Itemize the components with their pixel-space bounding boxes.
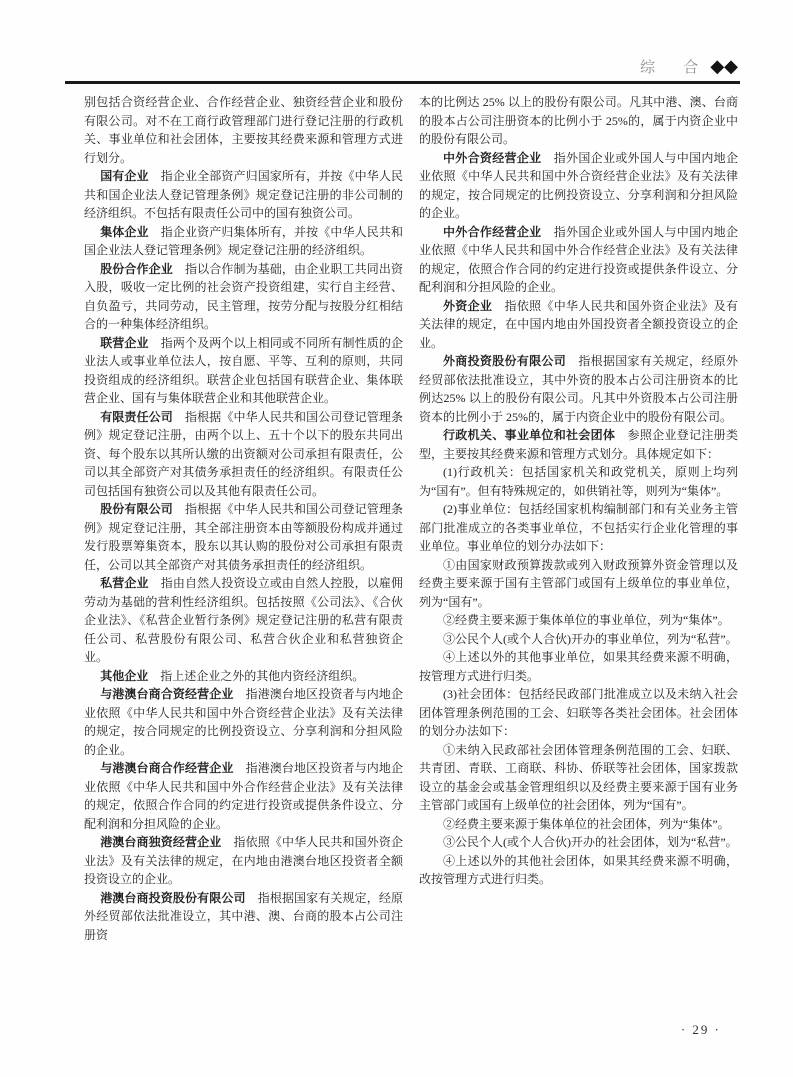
term-label: 股份有限公司	[100, 502, 173, 516]
section-label: 综 合	[640, 56, 710, 77]
page-number: · 29 ·	[681, 1022, 721, 1037]
term-label: 中外合作经营企业	[443, 225, 541, 239]
body-paragraph: ③公民个人(或个人合伙)开办的社会团体，划为“私营”。	[419, 833, 738, 852]
definition-paragraph: 联营企业 指两个及两个以上相同或不同所有制性质的企业法人或事业单位法人，按自愿、…	[84, 334, 403, 408]
definition-paragraph: 与港澳台商合作经营企业 指港澳台地区投资者与内地企业依照《中华人民共和国中外合作…	[84, 759, 403, 833]
body-paragraph: (2)事业单位：包括经国家机构编制部门和有关业务主管部门批准成立的各类事业单位，…	[419, 500, 738, 556]
page-header: 综 合 ◆◆	[65, 56, 740, 84]
column-right: 本的比例达 25% 以上的股份有限公司。凡其中港、澳、台商的股本占公司注册资本的…	[419, 93, 738, 944]
body-paragraph: 别包括合资经营企业、合作经营企业、独资经营企业和股份有限公司。对不在工商行政管理…	[84, 93, 403, 167]
term-label: 与港澳台商合作经营企业	[100, 761, 233, 775]
definition-paragraph: 私营企业 指由自然人投资设立或由自然人控股，以雇佣劳动为基础的营利性经济组织。包…	[84, 574, 403, 667]
body-paragraph: (1)行政机关：包括国家机关和政党机关，原则上均列为“国有”。但有特殊规定的，如…	[419, 463, 738, 500]
term-label: 与港澳台商合资经营企业	[100, 687, 233, 701]
definition-paragraph: 港澳台商投资股份有限公司 指根据国家有关规定，经原外经贸部依法批准设立，其中港、…	[84, 889, 403, 945]
page-footer: · 29 ·	[681, 1022, 721, 1038]
term-label: 有限责任公司	[100, 410, 173, 424]
running-head: 综 合 ◆◆	[65, 56, 740, 77]
term-label: 港澳台商独资经营企业	[100, 835, 221, 849]
diamond-icon: ◆◆	[710, 57, 738, 75]
term-label: 股份合作企业	[100, 262, 173, 276]
definition-paragraph: 行政机关、事业单位和社会团体 参照企业登记注册类型，主要按其经费来源和管理方式划…	[419, 426, 738, 463]
term-label: 国有企业	[100, 169, 148, 183]
definition-paragraph: 外资企业 指依照《中华人民共和国外资企业法》及有关法律的规定，在中国内地由外国投…	[419, 297, 738, 353]
term-label: 外商投资股份有限公司	[443, 354, 566, 368]
term-label: 外资企业	[443, 299, 492, 313]
body-paragraph: ③公民个人(或个人合伙)开办的事业单位，列为“私营”。	[419, 630, 738, 649]
definition-paragraph: 中外合资经营企业 指外国企业或外国人与中国内地企业依照《中华人民共和国中外合资经…	[419, 149, 738, 223]
body-paragraph: ②经费主要来源于集体单位的事业单位，列为“集体”。	[419, 611, 738, 630]
term-label: 中外合资经营企业	[443, 151, 541, 165]
body-paragraph: 本的比例达 25% 以上的股份有限公司。凡其中港、澳、台商的股本占公司注册资本的…	[419, 93, 738, 149]
definition-paragraph: 国有企业 指企业全部资产归国家所有，并按《中华人民共和国企业法人登记管理条例》规…	[84, 167, 403, 223]
body-paragraph: ①未纳入民政部社会团体管理条例范围的工会、妇联、共青团、青联、工商联、科协、侨联…	[419, 741, 738, 815]
definition-paragraph: 与港澳台商合资经营企业 指港澳台地区投资者与内地企业依照《中华人民共和国中外合资…	[84, 685, 403, 759]
body-paragraph: ④上述以外的其他社会团体，如果其经费来源不明确，改按管理方式进行归类。	[419, 852, 738, 889]
header-rule	[65, 81, 740, 84]
term-label: 港澳台商投资股份有限公司	[100, 891, 245, 905]
definition-paragraph: 集体企业 指企业资产归集体所有，并按《中华人民共和国企业法人登记管理条例》规定登…	[84, 223, 403, 260]
body-paragraph: ②经费主要来源于集体单位的社会团体，列为“集体”。	[419, 815, 738, 834]
page-body: 别包括合资经营企业、合作经营企业、独资经营企业和股份有限公司。对不在工商行政管理…	[84, 93, 738, 944]
definition-paragraph: 股份合作企业 指以合作制为基础，由企业职工共同出资入股，吸收一定比例的社会资产投…	[84, 260, 403, 334]
body-paragraph: (3)社会团体：包括经民政部门批准成立以及未纳入社会团体管理条例范围的工会、妇联…	[419, 685, 738, 741]
term-label: 其他企业	[100, 669, 148, 683]
definition-paragraph: 股份有限公司 指根据《中华人民共和国公司登记管理条例》规定登记注册，其全部注册资…	[84, 500, 403, 574]
definition-paragraph: 有限责任公司 指根据《中华人民共和国公司登记管理条例》规定登记注册，由两个以上、…	[84, 408, 403, 501]
body-paragraph: ①由国家财政预算拨款或列入财政预算外资金管理以及经费主要来源于国有主管部门或国有…	[419, 556, 738, 612]
definition-paragraph: 中外合作经营企业 指外国企业或外国人与中国内地企业依照《中华人民共和国中外合作经…	[419, 223, 738, 297]
term-label: 联营企业	[100, 336, 148, 350]
definition-paragraph: 其他企业 指上述企业之外的其他内资经济组织。	[84, 667, 403, 686]
body-paragraph: ④上述以外的其他事业单位，如果其经费来源不明确，按管理方式进行归类。	[419, 648, 738, 685]
term-label: 私营企业	[100, 576, 148, 590]
definition-paragraph: 港澳台商独资经营企业 指依照《中华人民共和国外资企业法》及有关法律的规定，在内地…	[84, 833, 403, 889]
document-page: 综 合 ◆◆ 别包括合资经营企业、合作经营企业、独资经营企业和股份有限公司。对不…	[0, 0, 793, 1077]
column-left: 别包括合资经营企业、合作经营企业、独资经营企业和股份有限公司。对不在工商行政管理…	[84, 93, 403, 944]
definition-paragraph: 外商投资股份有限公司 指根据国家有关规定，经原外经贸部依法批准设立，其中外资的股…	[419, 352, 738, 426]
term-label: 集体企业	[100, 225, 148, 239]
term-label: 行政机关、事业单位和社会团体	[443, 428, 615, 442]
